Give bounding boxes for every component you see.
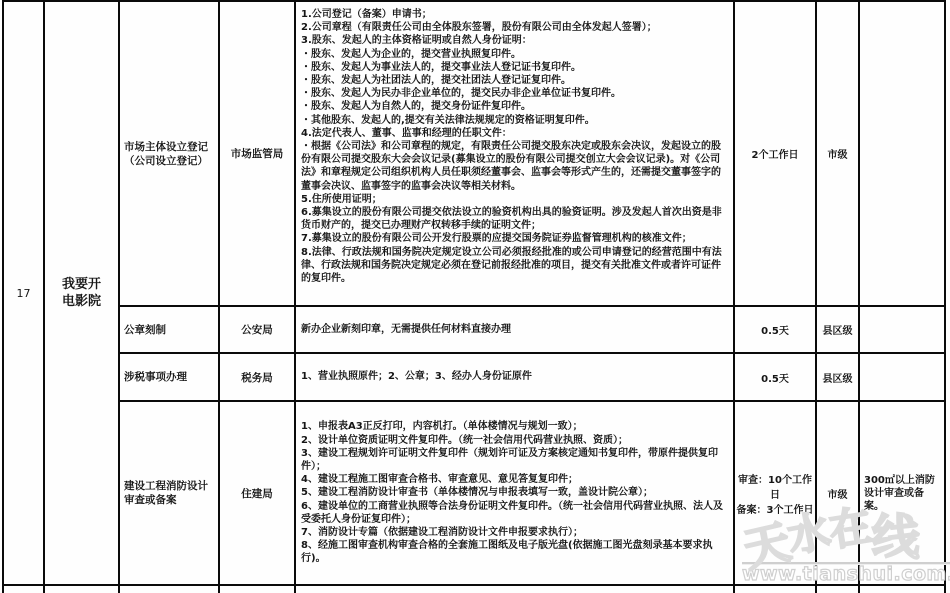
grid-vline	[43, 0, 45, 593]
time-limit: 0.5天	[735, 370, 815, 385]
item-name: 建设工程消防设计审查或备案	[124, 479, 214, 507]
time-limit-cell: 0.5天	[735, 354, 815, 400]
level: 县区级	[817, 322, 858, 337]
level: 市级	[817, 486, 858, 501]
grid-vline	[118, 0, 120, 593]
category-cell: 我要开 电影院	[45, 2, 118, 584]
time-limit: 2个工作日	[735, 146, 815, 161]
department-cell: 税务局	[220, 354, 294, 400]
time-limit-cell: 0.5天	[735, 307, 815, 352]
materials-cell: 新办企业新刻印章，无需提供任何材料直接办理	[296, 307, 733, 352]
level: 市级	[817, 146, 858, 161]
time-limit-cell: 审查：10个工作日 备案：3个工作日	[735, 402, 815, 584]
department: 税务局	[220, 370, 294, 385]
department-cell: 市场监管局	[220, 2, 294, 305]
materials-list: 1、申报表A3正反打印，内容机打。（单体楼情况与规划一致）； 2、设计单位资质证…	[301, 420, 728, 565]
level-cell: 县区级	[817, 307, 858, 352]
category-label: 我要开 电影院	[45, 276, 118, 310]
grid-vline	[218, 0, 220, 593]
grid-hline	[118, 400, 946, 402]
level-cell: 县区级	[817, 354, 858, 400]
department: 住建局	[220, 486, 294, 501]
department-cell: 公安局	[220, 307, 294, 352]
department: 市场监管局	[220, 146, 294, 161]
grid-vline	[815, 0, 817, 593]
department: 公安局	[220, 322, 294, 337]
grid-vline	[2, 0, 4, 593]
materials-list: 1、营业执照原件；2、公章；3、经办人身份证原件	[301, 370, 728, 383]
grid-vline	[944, 0, 946, 593]
scanned-table-page: 17 我要开 电影院 市场主体设立登记（公司设立登记） 市场监管局 1.公司登记…	[0, 0, 950, 593]
item-name-cell: 公章刻制	[120, 307, 218, 352]
grid-hline	[118, 352, 946, 354]
grid-hline	[2, 0, 946, 2]
remark-cell: 300㎡以上消防设计审查或备案。	[860, 402, 944, 584]
item-name-cell: 涉税事项办理	[120, 354, 218, 400]
department-cell: 住建局	[220, 402, 294, 584]
time-limit: 审查：10个工作日 备案：3个工作日	[735, 471, 815, 516]
grid-vline	[858, 0, 860, 593]
item-name-cell: 市场主体设立登记（公司设立登记）	[120, 2, 218, 305]
materials-cell: 1.公司登记（备案）申请书； 2.公司章程（有限责任公司由全体股东签署，股份有限…	[296, 2, 733, 305]
row-index: 17	[4, 287, 43, 300]
item-name-cell: 建设工程消防设计审查或备案	[120, 402, 218, 584]
level-cell: 市级	[817, 2, 858, 305]
materials-cell: 1、申报表A3正反打印，内容机打。（单体楼情况与规划一致）； 2、设计单位资质证…	[296, 402, 733, 584]
remark: 300㎡以上消防设计审查或备案。	[864, 474, 940, 513]
materials-cell: 1、营业执照原件；2、公章；3、经办人身份证原件	[296, 354, 733, 400]
row-index-cell: 17	[4, 2, 43, 584]
grid-hline	[118, 305, 946, 307]
time-limit: 0.5天	[735, 322, 815, 337]
item-name: 公章刻制	[124, 323, 214, 337]
materials-list: 新办企业新刻印章，无需提供任何材料直接办理	[301, 323, 728, 336]
time-limit-cell: 2个工作日	[735, 2, 815, 305]
grid-vline	[733, 0, 735, 593]
grid-hline	[2, 584, 946, 586]
item-name: 市场主体设立登记（公司设立登记）	[124, 140, 214, 168]
level: 县区级	[817, 370, 858, 385]
level-cell: 市级	[817, 402, 858, 584]
item-name: 涉税事项办理	[124, 370, 214, 384]
grid-vline	[294, 0, 296, 593]
materials-list: 1.公司登记（备案）申请书； 2.公司章程（有限责任公司由全体股东签署，股份有限…	[301, 8, 728, 285]
